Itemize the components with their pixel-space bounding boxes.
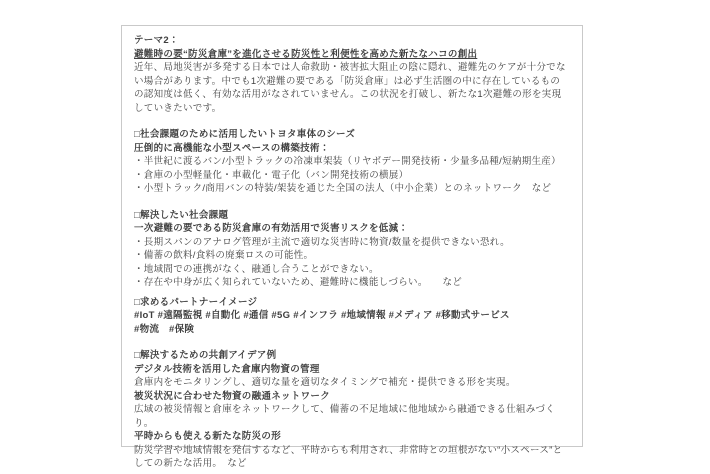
intro-paragraph: 近年、局地災害が多発する日本では人命救助・被害拡大阻止の陰に隠れ、避難先のケアが… [134, 61, 570, 115]
doc-title: 避難時の要“防災倉庫”を進化させる防災性と利便性を高めた新たなハコの創出 [134, 48, 570, 62]
section-issues: □解決したい社会課題 一次避難の要である防災倉庫の有効活用で災害リスクを低減： … [134, 209, 570, 290]
document-sheet: テーマ2： 避難時の要“防災倉庫”を進化させる防災性と利便性を高めた新たなハコの… [121, 25, 583, 447]
page-background: テーマ2： 避難時の要“防災倉庫”を進化させる防災性と利便性を高めた新たなハコの… [0, 0, 710, 474]
partner-tags-line1: #IoT #遠隔監視 #自動化 #通信 #5G #インフラ #地域情報 #メディ… [134, 309, 570, 323]
issues-bullet: ・存在や中身が広く知られていないため、避難時に機能しづらい。 など [134, 276, 570, 290]
section-partners: □求めるパートナーイメージ #IoT #遠隔監視 #自動化 #通信 #5G #イ… [134, 296, 570, 337]
partners-heading: □求めるパートナーイメージ [134, 296, 570, 310]
idea-body: 防災学習や地域情報を発信するなど、平時からも利用され、非常時との垣根がない“小ス… [134, 444, 570, 471]
issues-bullet: ・地域間での連携がなく、融通し合うことができない。 [134, 263, 570, 277]
seeds-bullet: ・半世紀に渡るバン/小型トラックの冷凍車架装（リヤボデー開発技術・少量多品種/短… [134, 155, 570, 169]
issues-subheading: 一次避難の要である防災倉庫の有効活用で災害リスクを低減： [134, 222, 570, 236]
theme-label: テーマ2： [134, 34, 570, 48]
idea-title: 平時からも使える新たな防災の形 [134, 430, 570, 444]
idea-body: 倉庫内をモニタリングし、適切な量を適切なタイミングで補充・提供できる形を実現。 [134, 376, 570, 390]
issues-bullet: ・備蓄の飲料/食料の廃棄ロスの可能性。 [134, 249, 570, 263]
section-seeds: □社会課題のために活用したいトヨタ車体のシーズ 圧倒的に高機能な小型スペースの構… [134, 128, 570, 196]
idea-body: 広域の被災情報と倉庫をネットワークして、備蓄の不足地域に他地域から融通できる仕組… [134, 403, 570, 430]
seeds-subheading: 圧倒的に高機能な小型スペースの構築技術： [134, 142, 570, 156]
issues-heading: □解決したい社会課題 [134, 209, 570, 223]
seeds-bullet: ・小型トラック/商用バンの特装/架装を通じた全国の法人（中小企業）とのネットワー… [134, 182, 570, 196]
issues-bullet: ・長期スパンのアナログ管理が主流で適切な災害時に物資/数量を提供できない恐れ。 [134, 236, 570, 250]
ideas-heading: □解決するための共創アイデア例 [134, 349, 570, 363]
seeds-heading: □社会課題のために活用したいトヨタ車体のシーズ [134, 128, 570, 142]
idea-title: 被災状況に合わせた物資の融通ネットワーク [134, 390, 570, 404]
section-ideas: □解決するための共創アイデア例 デジタル技術を活用した倉庫内物資の管理 倉庫内を… [134, 349, 570, 471]
partner-tags-line2: #物流 #保険 [134, 323, 570, 337]
section-intro: テーマ2： 避難時の要“防災倉庫”を進化させる防災性と利便性を高めた新たなハコの… [134, 34, 570, 115]
idea-title: デジタル技術を活用した倉庫内物資の管理 [134, 363, 570, 377]
seeds-bullet: ・倉庫の小型軽量化・車載化・電子化（バン開発技術の横展） [134, 169, 570, 183]
